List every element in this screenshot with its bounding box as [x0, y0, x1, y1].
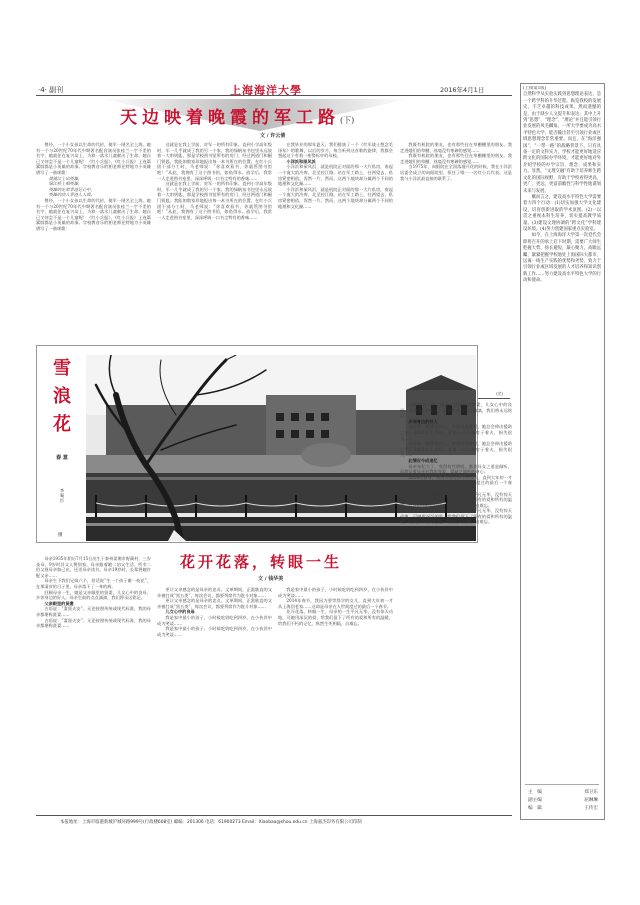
article-1-byline: 文 / 许云倩 [260, 132, 285, 139]
article-2-paragraph: 母亲有一颗善良的心。乡邻有困难时，她总会伸出援助之手。2012年上半年，老家一户… [400, 441, 512, 458]
photo-author: 李蜀臣 [59, 488, 65, 503]
article-1-paragraph: 这就是在我上学前，对军一的所有印象。直到小学高年级时，军一几乎就成了我的另一个家… [157, 142, 272, 181]
sidebar-paragraph: 如今，在上海海洋大学第一次党代会即将召开的承上启下时期，需要广大师生把握大势，扬… [523, 233, 601, 284]
article-1-paragraph: 我既有机院的朋友，也有那些住在草棚棚里的朋友。我走进她们的草棚，丝毫没有寒碜的感… [400, 153, 512, 164]
article-2-paragraph: 花开花落，转眼一生。母亲的一生平凡无华，没有惊天动地，可她用深沉的爱，给我们留下… [278, 609, 393, 626]
footer-divider [36, 815, 512, 816]
article-1-paragraph: 曾经，一个小女孩以生命的代价，使军一闸名全上海。她有一个与20世纪70年代中期著… [36, 198, 151, 232]
photo-title: 雪浪花 [50, 355, 74, 439]
article-2-paragraph: 古语说：“妻贤夫安”。无论按照传统或现代标准，我的母亲都堪称贤妻…… [36, 606, 151, 617]
article-2-column-3: 我是家中最小的孩子，小时候吃奶吃到四岁，在小伙伴中成为笑谈…… 2014年春节，… [278, 587, 393, 811]
photo-credit: 摄 [58, 532, 63, 538]
article-1-paragraph: 曾经，一个小女孩以生命的代价，使军一闸名全上海。她有一个与20世纪70年代中期著… [36, 142, 151, 176]
photo-subtitle: 春 意 [55, 450, 69, 467]
article-1-title-suffix: (下) [340, 116, 354, 125]
article-2-column-2: 更让父亲感念的是母亲的忠贞。文革期间，正派耿直的父亲被打成“黑五类”，每次会议，… [157, 587, 272, 811]
header-divider [36, 95, 512, 96]
sidebar-paragraph: 概而言之，建设高水平特色大学需要着力四个行动：(1)切实加强大学文化建设，培育创… [523, 195, 601, 233]
article-2-column-1: 母亲1935年阴历7月15日出生于泰州姜堰市野蔺村，三岁丧母，9岁时其父入赘别家… [36, 556, 151, 811]
article-1-paragraph: 这就是在我上学前，对军一的所有印象。直到小学高年级时，军一几乎就成了我的另一个家… [157, 181, 272, 220]
credit-row: 副主编 屈琳琳 [528, 797, 598, 805]
credit-name: 王传宏 [584, 805, 598, 813]
article-2-paragraph: 我是家中最小的孩子，小时候吃奶吃到四岁，在小伙伴中成为笑谈…… [157, 615, 272, 626]
article-1-paragraph: 我既有机院的朋友，也有那些住在草棚棚里的朋友。我走进她们的草棚，丝毫没有寒碜的感… [400, 142, 512, 153]
credit-row: 编 辑 王传宏 [528, 805, 598, 813]
article-2-column-4: 回顾母亲一生，她是父亲眼里的贤妻，儿女心中的良母，乡邻身边的好人。母亲生前的点点… [400, 402, 512, 811]
article-1-paragraph: 小洋浜和屎风浜，就是机院正对面的那一大片私房，南起一个庞大的冷库，北至控江路。站… [278, 164, 393, 186]
article-2-paragraph: 花开花落，转眼一生。母亲的一生平凡无华，没有惊天动地，可她用深沉的爱，给我们留下… [400, 508, 512, 525]
article-1-column-2: 这就是在我上学前，对军一的所有印象。直到小学高年级时，军一几乎就成了我的另一个家… [157, 142, 272, 342]
article-2-paragraph: 古语说：“妻贤夫安”。无论按照传统或现代标准，我的母亲都堪称贤妻…… [36, 618, 151, 629]
credit-name: 郑卫东 [584, 789, 598, 797]
credit-row: 主 编 郑卫东 [528, 789, 598, 797]
footer-publication-info: 本报地址：上海市临港新城沪城环路999号(行政楼608室) 邮编：201306 … [60, 819, 362, 825]
article-2-byline: 文 / 钱华美 [258, 575, 283, 582]
editorial-credits: 主 编 郑卫东 副主编 屈琳琳 编 辑 王传宏 [528, 789, 598, 813]
sidebar-text: (上接第1版) 自然科学从实验实践到思想理论表达，是一个跨学科的升华过程。纵览我… [523, 86, 601, 776]
article-2-paragraph: 母亲1935年阴历7月15日出生于泰州姜堰市野蔺村，三岁丧母，9岁时其父入赘别家… [36, 556, 151, 578]
article-2-paragraph: 母亲有一颗善良的心。乡邻有困难时，她总会伸出援助之手。2012年上半年，老家一户… [400, 424, 512, 441]
article-1-paragraph: 在我毕业的那年夏天，我们排演了一个《红军战士想念毛泽东》的歌舞，以后的岁月，每当… [278, 142, 393, 159]
article-1-title-text: 天边映着晚霞的军工路 [120, 108, 340, 128]
article-1-column-1: 曾经，一个小女孩以生命的代价，使军一闸名全上海。她有一个与20世纪70年代中期著… [36, 142, 151, 342]
article-end-mark: (完) [496, 391, 503, 397]
article-2-paragraph: 我是家中最小的孩子，小时候吃奶吃到四岁，在小伙伴中成为笑谈…… [278, 587, 393, 598]
credit-role: 主 编 [528, 789, 542, 797]
article-2-paragraph: 花开花落，转眼一生。母亲的一生平凡无华，没有惊天动地，可她用深沉的爱，给我们留下… [400, 492, 512, 509]
article-2-paragraph: 回顾母亲一生，她是父亲眼里的贤妻，儿女心中的良母，乡邻身边的好人。母亲生前的点点… [400, 402, 512, 419]
article-2-paragraph: 更让父亲感念的是母亲的忠贞。文革期间，正派耿直的父亲被打成“黑五类”，每次会议，… [157, 587, 272, 598]
sidebar-paragraph: 自然科学从实验实践到思想理论表达，是一个跨学科的升华过程。纵览我校的发展史，不乏… [523, 92, 601, 195]
article-2-paragraph: 我是家中最小的孩子，小时候吃奶吃到四岁，在小伙伴中成为笑谈…… [157, 626, 272, 637]
credit-role: 副主编 [528, 797, 542, 805]
article-2-paragraph: 母亲年纪大了，变得有些唠叨。都说母女之道是倾听，而我仗着母亲对我的宠爱，常缺乏倾… [400, 464, 512, 475]
article-2-title: 花开花落，转眼一生 [180, 551, 342, 572]
article-2-paragraph: 2014年春节，我因为要等辞学的女儿，直到大年初一才从上海回老家……这却是母亲在… [400, 475, 512, 492]
credit-name: 屈琳琳 [584, 797, 598, 805]
article-1-column-3: 在我毕业的那年夏天，我们排演了一个《红军战士想念毛泽东》的歌舞，以后的岁月，每当… [278, 142, 393, 342]
credit-role: 编 辑 [528, 805, 542, 813]
article-1-title: 天边映着晚霞的军工路(下) [120, 103, 354, 128]
article-2-paragraph: 回顾母亲一生，她是父亲眼里的贤妻，儿女心中的良母，乡邻身边的好人。母亲生前的点点… [36, 590, 151, 601]
page-section-label: ·4· 副刊 [38, 85, 63, 95]
article-1-paragraph: 小洋浜和屎风浜，就是机院正对面的那一大片私房，南起一个庞大的冷库，北至控江路。站… [278, 187, 393, 209]
article-1-paragraph: 当1975年，向阳院在全国落地开花的时候，我在小洋浜居委会成立的向阳院里，担任了… [400, 164, 512, 181]
article-2-paragraph: 2014年春节，我因为要等辞学的女儿，直到大年初一才从上海回老家……这却是母亲在… [278, 598, 393, 609]
issue-date: 2016年4月1日 [440, 85, 484, 94]
credits-divider [525, 784, 599, 785]
article-2-paragraph: 母亲生下我们兄妹六个，俗话说“生一个孩子谢一枝花”，在那清贫的日子里，母亲落下了… [36, 578, 151, 589]
article-2-paragraph: 更让父亲感念的是母亲的忠贞。文革期间，正派耿直的父亲被打成“黑五类”，每次会议，… [157, 598, 272, 609]
